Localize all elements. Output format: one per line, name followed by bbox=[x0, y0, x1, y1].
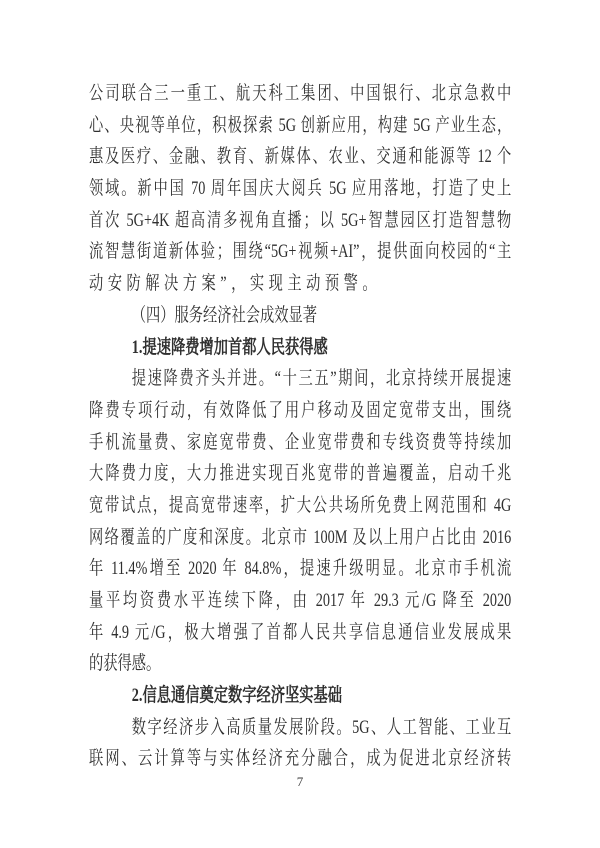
text-line: 年 11.4%增至 2020 年 84.8%，提速升级明显。北京市手机流 bbox=[89, 553, 511, 585]
text-line: 首次 5G+4K 超高清多视角直播；以 5G+智慧园区打造智慧物 bbox=[89, 205, 511, 237]
text-line: 公司联合三一重工、航天科工集团、中国银行、北京急救中 bbox=[89, 78, 511, 110]
text-line: 年 4.9 元/G，极大增强了首都人民共享信息通信业发展成果 bbox=[89, 617, 511, 649]
text-line: 网络覆盖的广度和深度。北京市 100M 及以上用户占比由 2016 bbox=[89, 522, 511, 554]
text-line: 数字经济步入高质量发展阶段。5G、人工智能、工业互 bbox=[89, 712, 511, 744]
text-line: 降费专项行动，有效降低了用户移动及固定宽带支出，围绕 bbox=[89, 395, 511, 427]
text-line: 领域。新中国 70 周年国庆大阅兵 5G 应用落地，打造了史上 bbox=[89, 173, 511, 205]
text-line: 惠及医疗、金融、教育、新媒体、农业、交通和能源等 12 个 bbox=[89, 141, 511, 173]
document-body: 公司联合三一重工、航天科工集团、中国银行、北京急救中 心、央视等单位，积极探索 … bbox=[89, 78, 511, 775]
text-line: 流智慧街道新体验；围绕“5G+视频+AI”，提供面向校园的“主 bbox=[89, 236, 511, 268]
text-line: 提速降费齐头并进。“十三五”期间，北京持续开展提速 bbox=[89, 363, 511, 395]
document-page: 公司联合三一重工、航天科工集团、中国银行、北京急救中 心、央视等单位，积极探索 … bbox=[0, 0, 600, 848]
text-line: 动安防解决方案”，实现主动预警。 bbox=[89, 268, 511, 300]
section-heading: （四）服务经济社会成效显著 bbox=[89, 300, 511, 332]
text-line: 宽带试点，提高宽带速率，扩大公共场所免费上网范围和 4G bbox=[89, 490, 511, 522]
page-number: 7 bbox=[0, 774, 600, 790]
text-line: 联网、云计算等与实体经济充分融合，成为促进北京经济转 bbox=[89, 743, 511, 775]
text-line: 量平均资费水平连续下降，由 2017 年 29.3 元/G 降至 2020 bbox=[89, 585, 511, 617]
subsection-heading-1: 1.提速降费增加首都人民获得感 bbox=[89, 332, 511, 364]
subsection-heading-2: 2.信息通信奠定数字经济坚实基础 bbox=[89, 680, 511, 712]
text-line: 的获得感。 bbox=[89, 648, 511, 680]
text-line: 大降费力度，大力推进实现百兆宽带的普遍覆盖，启动千兆 bbox=[89, 458, 511, 490]
text-line: 手机流量费、家庭宽带费、企业宽带费和专线资费等持续加 bbox=[89, 427, 511, 459]
text-line: 心、央视等单位，积极探索 5G 创新应用，构建 5G 产业生态， bbox=[89, 110, 511, 142]
